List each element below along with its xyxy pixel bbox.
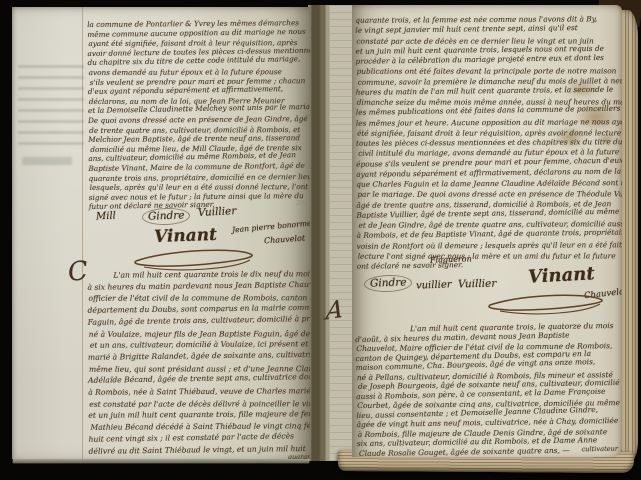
signature-chauvelot: Chauvelot	[264, 234, 306, 246]
signature-gindre: Gindre	[364, 274, 413, 293]
margin-letter-a: A	[325, 295, 344, 326]
signature-vinant-mayor: Vinant	[154, 225, 218, 247]
marriage-act-text-block: quarante trois, et la femme est née comm…	[355, 14, 621, 272]
gutter-sheet-edges	[330, 5, 354, 461]
margin-letter-c: C	[66, 256, 89, 288]
handwriting-line: De quoi avons dressé acte en présence de…	[88, 114, 310, 126]
handwriting-line: de trente quatre ans, cultivateur, domic…	[89, 125, 310, 136]
marriage-act-text-block: la commune de Pontarlier & Yvrey les mêm…	[87, 18, 310, 212]
handwriting-line: lesquels, après qu'il leur en a été auss…	[90, 182, 310, 193]
handwriting-line: les mêmes jour et heure. Aucune oppositi…	[356, 117, 620, 129]
handwriting-line: d'eux ayant répondu séparément et affirm…	[88, 84, 310, 97]
handwriting-line: été signifiée, faisant droit à leur réqu…	[357, 128, 621, 139]
handwriting-line: par le mariage. De quoi avons dressé act…	[357, 190, 621, 201]
catchword: quarante	[132, 453, 310, 459]
right-page: quarante trois, et la femme est née comm…	[352, 5, 622, 457]
handwriting-line: que Charles Faguin et la dame Jeanne Cla…	[356, 178, 620, 190]
signature-jean-pierre: Jean pierre bonorme	[232, 219, 310, 235]
ink-show-through	[18, 62, 84, 148]
handwriting-line: le vingt sept janvier mil huit cent tren…	[355, 23, 619, 36]
signature-flagueron: Flagueron	[430, 254, 472, 264]
scanned-register-photo: la commune de Pontarlier & Yvrey les mêm…	[0, 0, 641, 480]
handwriting-line: est constaté par l'acte de décès délivré…	[89, 398, 310, 410]
pencil-page-number: 338.	[296, 199, 310, 207]
ink-show-through-small	[22, 157, 72, 165]
handwriting-line: marié à Brigitte Ralandet, âgée de soixa…	[88, 349, 310, 364]
marriage-act-text-block: L'an mil huit cent quarante trois le dix…	[87, 268, 310, 457]
signature-vuillier: vuillier	[416, 279, 452, 291]
left-page: la commune de Pontarlier & Yvrey les mêm…	[12, 7, 310, 459]
signature-mill: Mill	[96, 210, 116, 222]
signature-gindre: Gindre	[142, 207, 191, 226]
handwriting-line: à Rombois, née à Saint Thiébaud, veuve d…	[88, 385, 310, 398]
signature-vuillier: Vuillier	[458, 278, 497, 291]
marriage-act-text-block: L'an mil huit cent quarante trois, le qu…	[355, 321, 621, 457]
signature-paraph-flourish	[484, 291, 610, 317]
handwriting-line: Adélaïde Bécand, âgée de trente sept ans…	[88, 371, 310, 387]
handwriting-line: voisin de Rontfort où il demeure ; lesqu…	[357, 240, 621, 252]
handwriting-line: heures du matin de l'an mil huit cent qu…	[356, 84, 620, 97]
signature-vuillier: Vuillier	[198, 205, 237, 219]
signature-vinant-mayor: Vinant	[527, 263, 595, 287]
handwriting-line: à six heures du matin pardevant nous Jea…	[87, 278, 310, 293]
